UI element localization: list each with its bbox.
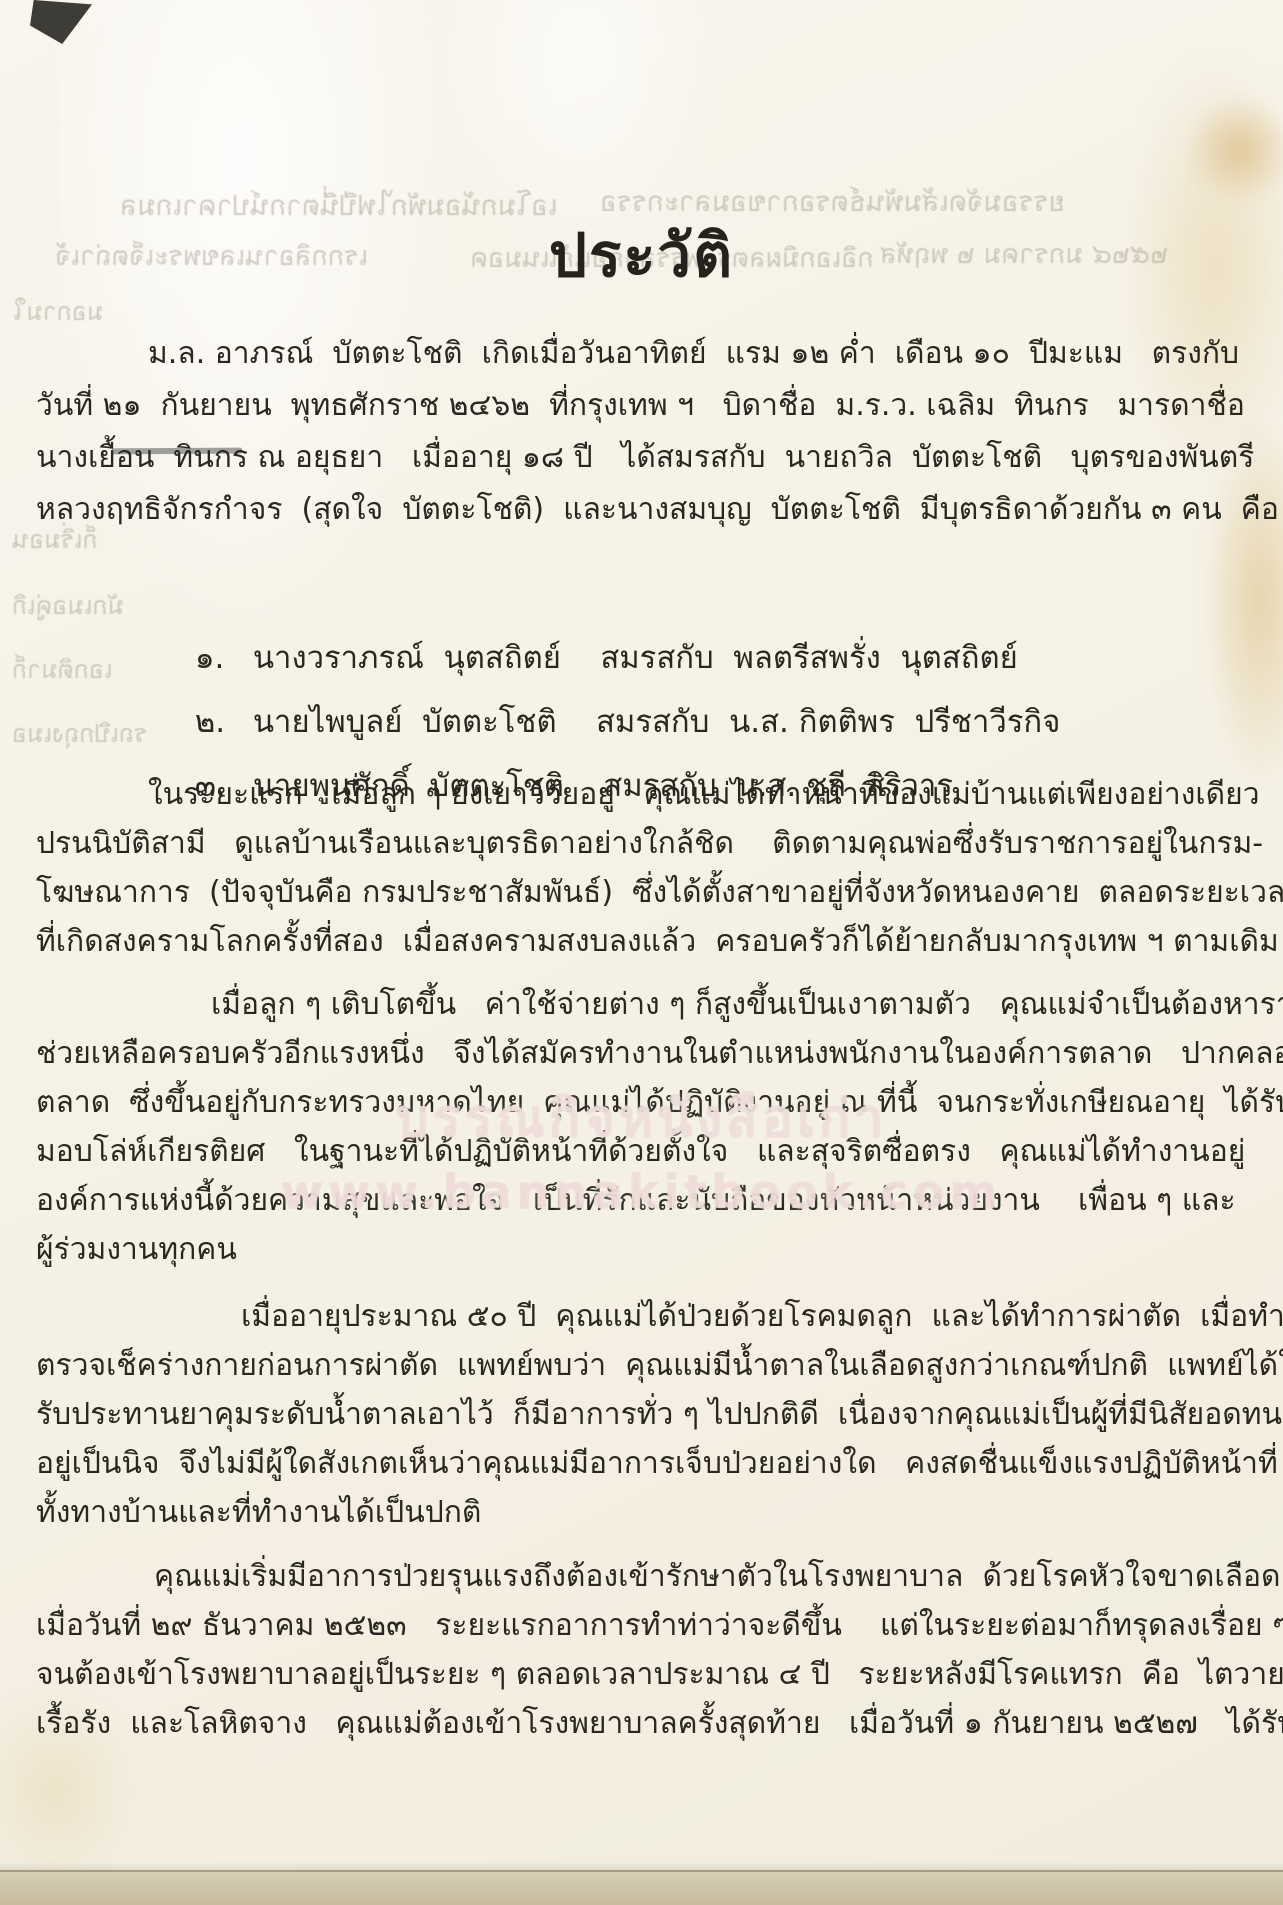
text-line: โฆษณาการ (ปัจจุบันคือ กรมประชาสัมพันธ์) …	[36, 868, 1052, 917]
list-item-text: นายไพบูลย์ บัตตะโชติ สมรสกับ น.ส. กิตติพ…	[253, 704, 1061, 740]
text-line: เมื่ออายุประมาณ ๕๐ ปี คุณแม่ได้ป่วยด้วยโ…	[36, 1292, 1052, 1341]
list-item-number: ๑.	[195, 626, 253, 690]
text-line: ปรนนิบัติสามี ดูแลบ้านเรือนและบุตรธิดาอย…	[36, 819, 1052, 868]
page-title: ประวัติ	[0, 208, 1283, 303]
text-line: ช่วยเหลือครอบครัวอีกแรงหนึ่ง จึงได้สมัคร…	[36, 1029, 1052, 1078]
text-line: ที่เกิดสงครามโลกครั้งที่สอง เมื่อสงครามส…	[36, 917, 1052, 966]
text-line: เมื่อลูก ๆ เติบโตขึ้น ค่าใช้จ่ายต่าง ๆ ก…	[36, 980, 1052, 1029]
text-line: ในระยะแรก เมื่อลูก ๆ ยังเยาว์วัยอยู่ คุณ…	[36, 770, 1052, 819]
text-line: หลวงฤทธิจักรกำจร (สุดใจ บัตตะโชติ) และนา…	[36, 484, 1052, 536]
text-line: มอบโล่ห์เกียรติยศ ในฐานะที่ได้ปฏิบัติหน้…	[36, 1127, 1052, 1176]
text-line: ตลาด ซึ่งขึ้นอยู่กับกระทรวงมหาดไทย คุณแม…	[36, 1078, 1052, 1127]
text-line: เมื่อวันที่ ๒๙ ธันวาคม ๒๕๒๓ ระยะแรกอาการ…	[36, 1601, 1052, 1650]
text-line: นางเยื้อน ทินกร ณ อยุธยา เมื่ออายุ ๑๘ ปี…	[36, 432, 1052, 484]
paragraph-birth-and-family: ม.ล. อาภรณ์ บัตตะโชติ เกิดเมื่อวันอาทิตย…	[36, 328, 1052, 536]
children-list: ๑.นางวราภรณ์ นุตสถิตย์ สมรสกับ พลตรีสพรั…	[36, 562, 1052, 754]
text-line: ผู้ร่วมงานทุกคน	[36, 1225, 1052, 1274]
text-line: ตรวจเช็คร่างกายก่อนการผ่าตัด แพทย์พบว่า …	[36, 1341, 1052, 1390]
paragraph-early-years: ในระยะแรก เมื่อลูก ๆ ยังเยาว์วัยอยู่ คุณ…	[36, 770, 1052, 966]
text-line: รับประทานยาคุมระดับน้ำตาลเอาไว้ ก็มีอากา…	[36, 1390, 1052, 1439]
paragraph-final-illness: คุณแม่เริ่มมีอาการป่วยรุนแรงถึงต้องเข้าร…	[36, 1552, 1052, 1748]
list-item-text: นางวราภรณ์ นุตสถิตย์ สมรสกับ พลตรีสพรั่ง…	[253, 640, 1018, 676]
list-item: ๑.นางวราภรณ์ นุตสถิตย์ สมรสกับ พลตรีสพรั…	[36, 562, 1052, 626]
paragraph-illness-onset: เมื่ออายุประมาณ ๕๐ ปี คุณแม่ได้ป่วยด้วยโ…	[36, 1292, 1052, 1537]
paragraph-working-life: เมื่อลูก ๆ เติบโตขึ้น ค่าใช้จ่ายต่าง ๆ ก…	[36, 980, 1052, 1274]
text-line: เรื้อรัง และโลหิตจาง คุณแม่ต้องเข้าโรงพย…	[36, 1699, 1052, 1748]
body-text-column: ม.ล. อาภรณ์ บัตตะโชติ เกิดเมื่อวันอาทิตย…	[36, 328, 1052, 1748]
page-bottom-edge	[0, 1870, 1283, 1905]
text-line: องค์การแห่งนี้ด้วยความสุขและพอใจ เป็นที่…	[36, 1176, 1052, 1225]
list-item-number: ๒.	[195, 690, 253, 754]
text-line: ทั้งทางบ้านและที่ทำงานได้เป็นปกติ	[36, 1488, 1052, 1537]
text-line: อยู่เป็นนิจ จึงไม่มีผู้ใดสังเกตเห็นว่าคุ…	[36, 1439, 1052, 1488]
text-line: คุณแม่เริ่มมีอาการป่วยรุนแรงถึงต้องเข้าร…	[36, 1552, 1052, 1601]
text-line: วันที่ ๒๑ กันยายน พุทธศักราช ๒๔๖๒ ที่กรุ…	[36, 380, 1052, 432]
text-line: จนต้องเข้าโรงพยาบาลอยู่เป็นระยะ ๆ ตลอดเว…	[36, 1650, 1052, 1699]
text-line: ม.ล. อาภรณ์ บัตตะโชติ เกิดเมื่อวันอาทิตย…	[36, 328, 1052, 380]
scanned-book-page: เอโมกน้อมพักไฟปีนี่ตากน์ปาคาเกมล ยรรอมจั…	[0, 0, 1283, 1905]
